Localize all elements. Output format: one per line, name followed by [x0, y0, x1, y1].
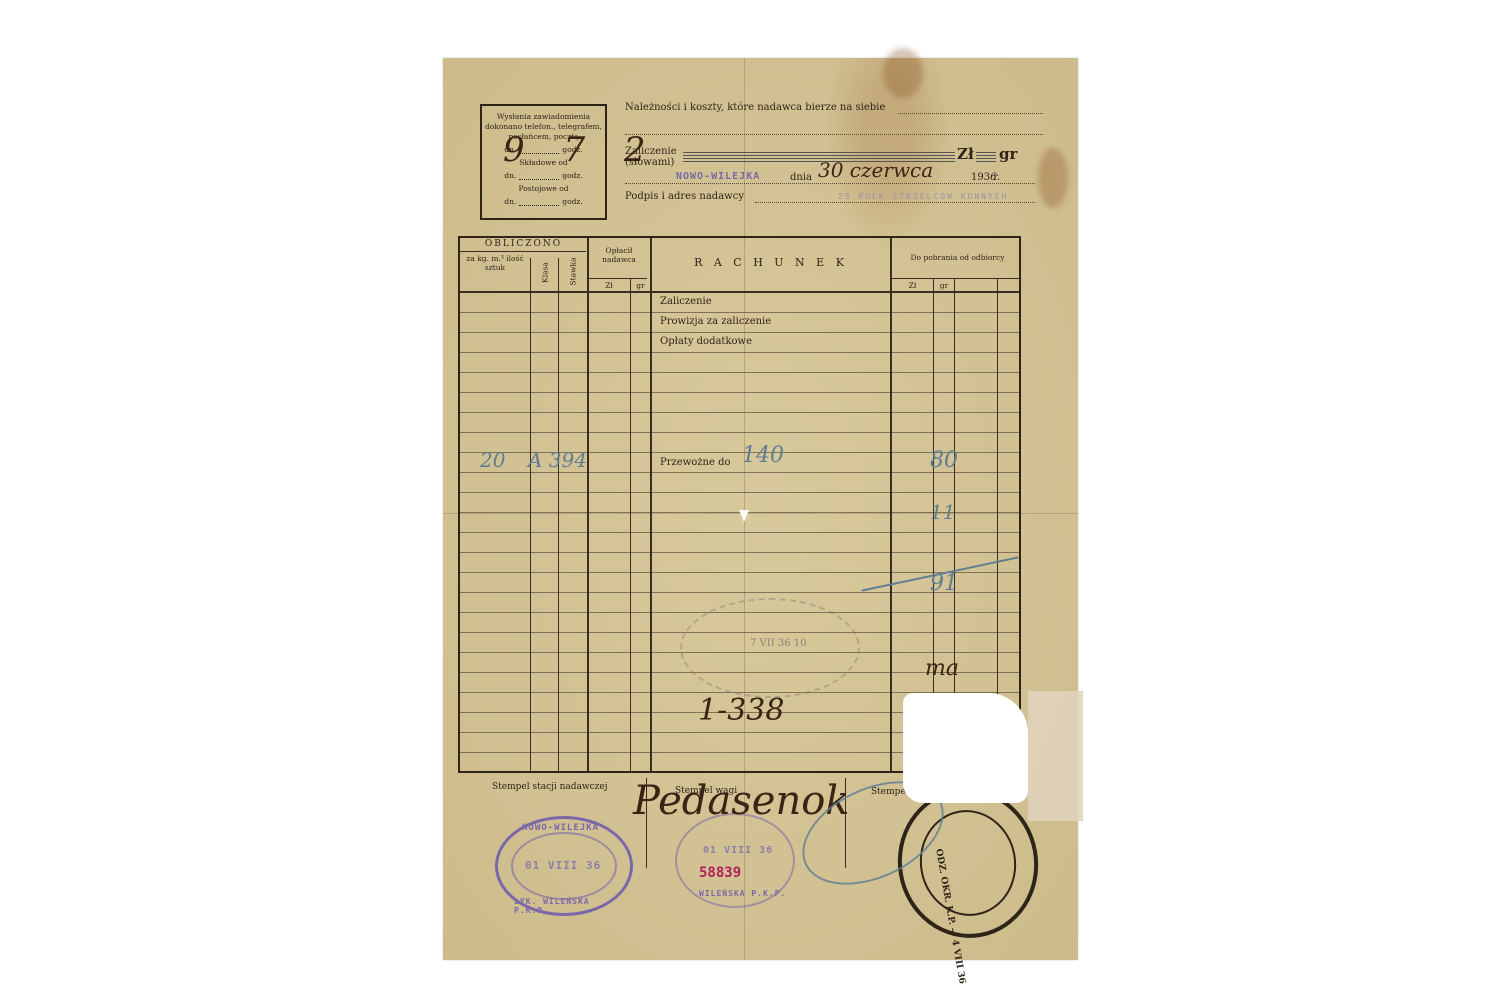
- rachunek-header: R A C H U N E K: [652, 258, 890, 267]
- godz-label: godz.: [562, 171, 582, 181]
- stawka-header: Stawka: [569, 260, 578, 286]
- handwritten-ma: ma: [925, 656, 959, 681]
- year-print: 193: [971, 172, 990, 183]
- stamp2-bottom: WILEŃSKA P.K.P.: [699, 889, 786, 898]
- row-oplaty: Opłaty dodatkowe: [660, 336, 752, 347]
- header-divider: [890, 278, 1019, 279]
- handwritten-total: 1-338: [698, 693, 784, 728]
- row-przewozne: Przewożne do: [660, 457, 731, 468]
- klasa-header: Klasa: [541, 260, 550, 286]
- zl-label: Zł: [957, 145, 974, 163]
- stamp-nowo-wilejka: NOWO-WILEJKA 01 VIII 36 LYK. WILEŃSKA P.…: [495, 816, 633, 916]
- pobrania-header: Do pobrania od odbiorcy: [892, 253, 1023, 262]
- stamp1-bottom: LYK. WILEŃSKA P.K.P.: [514, 897, 630, 915]
- header-bottom: [460, 291, 1019, 293]
- year-field: 1936 r.: [971, 172, 1000, 183]
- torn-hole: [903, 693, 1028, 803]
- stamp2-date: 01 VIII 36: [703, 845, 773, 856]
- handwritten-11: 11: [930, 500, 955, 524]
- handwritten-destination: 140: [742, 443, 784, 468]
- stamp-weight: 01 VIII 36 58839 WILEŃSKA P.K.P.: [675, 813, 795, 908]
- zaliczenie-label: Zaliczenie (słowami): [625, 146, 677, 168]
- dn-label: dn.: [504, 171, 516, 181]
- repair-tape: [1028, 691, 1083, 821]
- stain: [883, 48, 923, 98]
- obliczono-header: OBLICZONO: [460, 240, 587, 249]
- zl-header: Zł: [892, 281, 933, 290]
- slowami-text: (słowami): [625, 157, 677, 168]
- header-divider: [587, 278, 647, 279]
- dnia-label: dnia: [790, 172, 812, 183]
- row-prowizja: Prowizja za zaliczenie: [660, 316, 771, 327]
- stain: [1038, 148, 1068, 208]
- stamp1-date: 01 VIII 36: [525, 859, 601, 872]
- handwritten-date: 30 czerwca: [818, 158, 933, 182]
- header-divider: [460, 251, 586, 252]
- column-divider: [530, 258, 531, 771]
- costs-label: Należności i koszty, które nadawca bierz…: [625, 102, 885, 113]
- gr-label: gr: [999, 145, 1017, 163]
- stempel-nadawczej-label: Stempel stacji nadawczej: [492, 782, 608, 792]
- year-hand: 6: [990, 172, 996, 183]
- handwritten-amount: 80: [930, 448, 958, 473]
- handwritten-quantity: 20: [480, 448, 505, 472]
- dn-label: dn.: [504, 197, 516, 207]
- gr-header: gr: [631, 281, 650, 290]
- station-stamp: NOWO-WILEJKA: [676, 171, 760, 182]
- column-divider: [558, 258, 559, 771]
- godz-label: godz.: [562, 197, 582, 207]
- cancelled-field: [976, 152, 996, 162]
- consignment-note: Wysłania zawiadomienia dokonano telefon.…: [443, 58, 1078, 960]
- postojowe-label: Postojowe od: [482, 184, 605, 194]
- sender-stamp: 25 PUŁK STRZELCÓW KONNYCH: [838, 192, 1008, 201]
- stamp2-number: 58839: [699, 865, 741, 881]
- zaliczenie-text: Zaliczenie: [625, 146, 677, 157]
- handwritten-klasa: A 394: [528, 448, 587, 472]
- gr-header: gr: [934, 281, 954, 290]
- oplacil-header: Opłacił nadawca: [588, 246, 650, 264]
- row-zaliczenie: Zaliczenie: [660, 296, 712, 307]
- stamp1-top: NOWO-WILEJKA: [522, 823, 599, 833]
- sender-label: Podpis i adres nadawcy: [625, 191, 744, 202]
- zl-header: Zł: [588, 281, 630, 290]
- quantity-header: za kg. m.³ ilość sztuk: [460, 254, 530, 272]
- faded-stamp: [680, 598, 860, 698]
